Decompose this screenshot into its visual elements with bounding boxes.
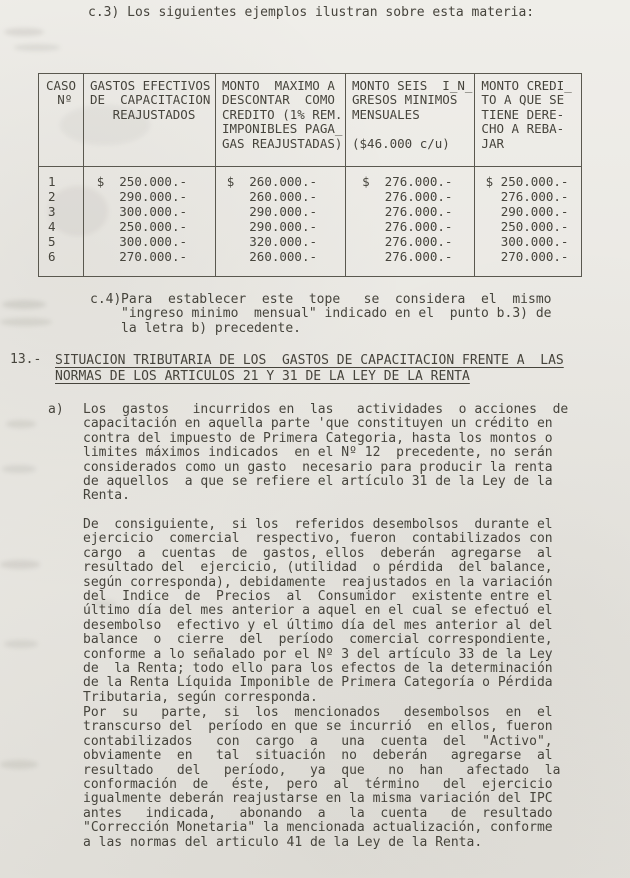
scan-smudge (6, 420, 36, 428)
cell-seis: $ 276.000.- (346, 167, 475, 190)
cell-caso: 3 (39, 204, 84, 219)
para-de-consiguiente: De consiguiente, si los referidos desemb… (83, 518, 553, 705)
para-por-su-parte: Por su parte, si los mencionados desembo… (83, 706, 560, 850)
cell-gastos: 250.000.- (84, 219, 216, 234)
cell-maximo: 290.000.- (216, 219, 346, 234)
scan-smudge (4, 28, 44, 36)
header-credito: MONTO CREDI̲ TO A QUE SE TIENE DERE- CHO… (475, 74, 582, 167)
cell-credito: 270.000.- (475, 249, 582, 277)
cell-caso: 4 (39, 219, 84, 234)
cell-gastos: 290.000.- (84, 189, 216, 204)
cell-seis: 276.000.- (346, 204, 475, 219)
cell-caso: 5 (39, 234, 84, 249)
table-body: 1$ 250.000.-$ 260.000.-$ 276.000.-$ 250.… (39, 167, 582, 277)
cell-credito: $ 250.000.- (475, 167, 582, 190)
scanned-document-page: { "colors": { "paper": "#eae8e2", "ink":… (0, 0, 630, 878)
c4-label: c.4) (90, 293, 121, 307)
intro-line-c3: c.3) Los siguientes ejemplos ilustran so… (88, 6, 534, 20)
cell-caso: 2 (39, 189, 84, 204)
scan-smudge (2, 300, 46, 309)
cell-caso: 1 (39, 167, 84, 190)
table-row: 1$ 250.000.-$ 260.000.-$ 276.000.-$ 250.… (39, 167, 582, 190)
cell-credito: 290.000.- (475, 204, 582, 219)
table-row: 5300.000.-320.000.-276.000.-300.000.- (39, 234, 582, 249)
header-gastos: GASTOS EFECTIVOS DE CAPACITACION REAJUST… (84, 74, 216, 167)
scan-smudge (0, 760, 38, 769)
scan-smudge (0, 318, 52, 326)
section13-number: 13.- (10, 353, 41, 367)
para-a-label: a) (48, 403, 64, 417)
cell-maximo: 260.000.- (216, 249, 346, 277)
table-row: 2290.000.-260.000.-276.000.-276.000.- (39, 189, 582, 204)
cell-credito: 276.000.- (475, 189, 582, 204)
cell-gastos: 300.000.- (84, 234, 216, 249)
cell-gastos: 270.000.- (84, 249, 216, 277)
cell-caso: 6 (39, 249, 84, 277)
scan-smudge (14, 44, 60, 51)
table-row: 3300.000.-290.000.-276.000.-290.000.- (39, 204, 582, 219)
para-a: Los gastos incurridos en las actividades… (83, 403, 568, 504)
cell-gastos: $ 250.000.- (84, 167, 216, 190)
header-maximo: MONTO MAXIMO A DESCONTAR COMO CREDITO (1… (216, 74, 346, 167)
cell-maximo: 320.000.- (216, 234, 346, 249)
cell-seis: 276.000.- (346, 234, 475, 249)
scan-smudge (4, 640, 38, 648)
scan-smudge (0, 560, 40, 569)
table-row: 6270.000.-260.000.-276.000.-270.000.- (39, 249, 582, 277)
examples-table: CASO Nº GASTOS EFECTIVOS DE CAPACITACION… (38, 73, 582, 277)
table-header: CASO Nº GASTOS EFECTIVOS DE CAPACITACION… (39, 74, 582, 167)
header-caso: CASO Nº (39, 74, 84, 167)
cell-maximo: 260.000.- (216, 189, 346, 204)
cell-credito: 250.000.- (475, 219, 582, 234)
scan-smudge (2, 465, 36, 473)
cell-credito: 300.000.- (475, 234, 582, 249)
section13-title: SITUACION TRIBUTARIA DE LOS GASTOS DE CA… (55, 353, 564, 384)
cell-maximo: $ 260.000.- (216, 167, 346, 190)
cell-seis: 276.000.- (346, 219, 475, 234)
cell-seis: 276.000.- (346, 249, 475, 277)
table-row: 4250.000.-290.000.-276.000.-250.000.- (39, 219, 582, 234)
cell-seis: 276.000.- (346, 189, 475, 204)
header-seis: MONTO SEIS I̲N̲ GRESOS MINIMOS MENSUALES… (346, 74, 475, 167)
cell-gastos: 300.000.- (84, 204, 216, 219)
c4-paragraph: Para establecer este tope se considera e… (121, 293, 551, 336)
cell-maximo: 290.000.- (216, 204, 346, 219)
